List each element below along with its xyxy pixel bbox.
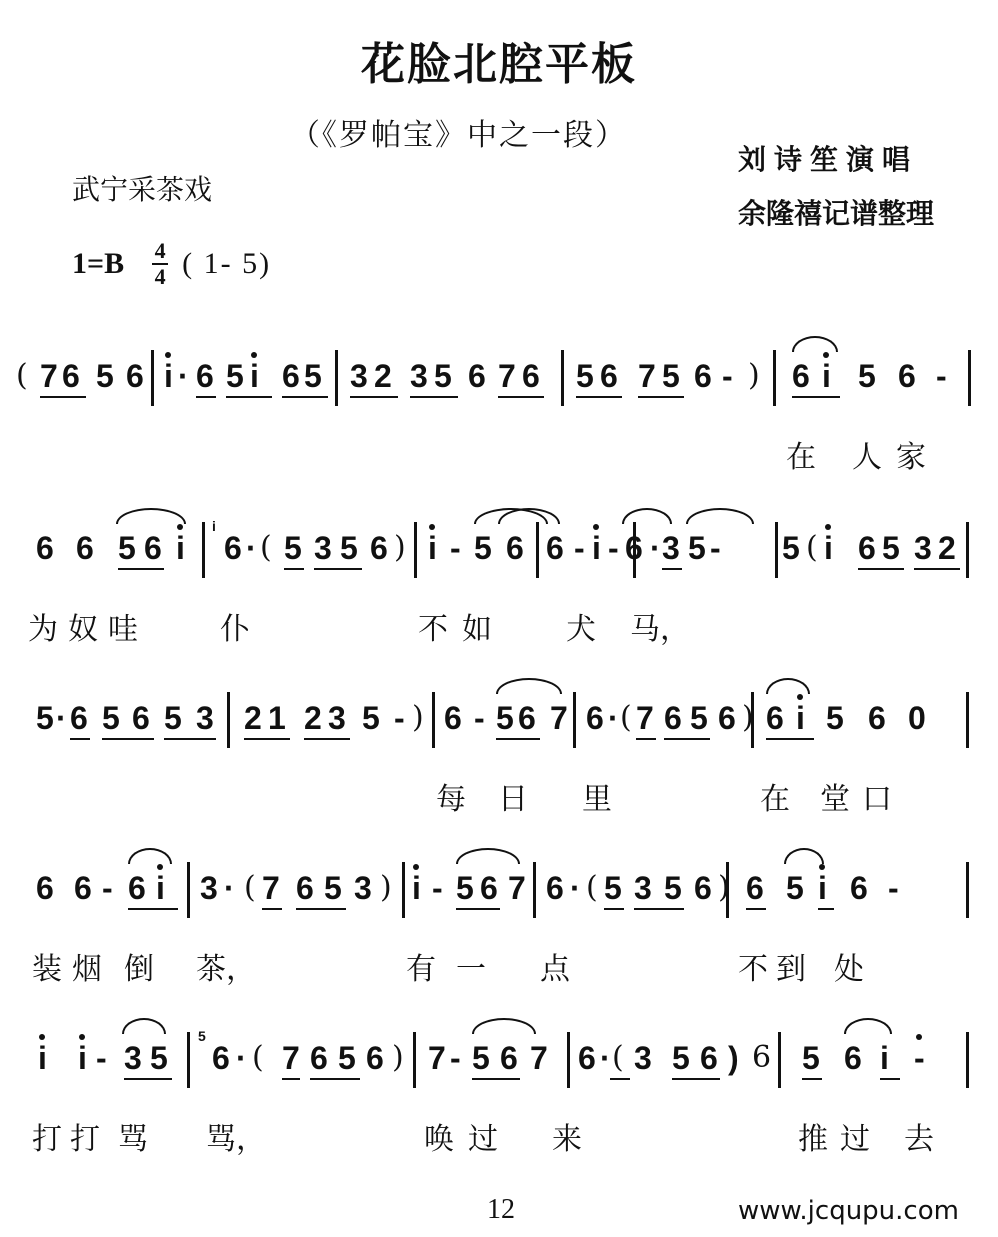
lyric: 人 bbox=[852, 432, 882, 476]
note: 6 bbox=[858, 530, 876, 566]
performer-credit: 刘诗笙演唱 bbox=[738, 138, 918, 178]
note: 5 bbox=[474, 530, 492, 566]
website-watermark: www.jcqupu.com bbox=[738, 1196, 959, 1226]
lyric: 茶， bbox=[196, 944, 256, 988]
note: 6 bbox=[586, 700, 604, 736]
lyric: 奴 bbox=[68, 604, 98, 648]
note: 6 bbox=[468, 358, 486, 394]
note: 5 bbox=[786, 870, 804, 906]
lyric: 点 bbox=[540, 944, 570, 988]
note: 6 bbox=[746, 870, 764, 906]
lyric: 过 bbox=[468, 1114, 498, 1158]
dash: - bbox=[936, 358, 947, 394]
song-subtitle: （《罗帕宝》中之一段） bbox=[290, 110, 627, 154]
note: 5 bbox=[362, 700, 380, 736]
lyric: 到 bbox=[776, 944, 806, 988]
note: 6 bbox=[36, 530, 54, 566]
note: 6 bbox=[76, 530, 94, 566]
paren-close: ) bbox=[748, 358, 760, 394]
paren-open: ( bbox=[586, 870, 598, 906]
note: 6 bbox=[282, 358, 300, 394]
barline bbox=[432, 692, 435, 748]
note: 6 bbox=[546, 870, 564, 906]
note: i bbox=[412, 870, 421, 906]
dot: · bbox=[246, 530, 257, 566]
dash: - bbox=[450, 530, 461, 566]
note: 6 bbox=[844, 1040, 862, 1076]
note: 3 bbox=[314, 530, 332, 566]
note: 7 bbox=[498, 358, 516, 394]
opera-genre: 武宁采茶戏 bbox=[72, 168, 212, 208]
slur bbox=[122, 1018, 166, 1034]
note: i bbox=[824, 530, 833, 566]
paren-close: ) bbox=[380, 870, 392, 906]
note: i bbox=[156, 870, 165, 906]
dot: · bbox=[178, 358, 189, 394]
note: 5 bbox=[96, 358, 114, 394]
key-label: 1=B bbox=[72, 247, 124, 281]
note: 5 bbox=[102, 700, 120, 736]
note: 6 bbox=[664, 700, 682, 736]
note: i bbox=[176, 530, 185, 566]
lyric: 口 bbox=[862, 774, 892, 818]
barline bbox=[966, 862, 969, 918]
note: 5 bbox=[324, 870, 342, 906]
note: 5 bbox=[664, 870, 682, 906]
lyric: 推 bbox=[798, 1114, 828, 1158]
note: 5 bbox=[882, 530, 900, 566]
paren-open: ( bbox=[252, 1040, 264, 1076]
lyric: 来 bbox=[552, 1114, 582, 1158]
note: 6 bbox=[36, 870, 54, 906]
note: 3 bbox=[200, 870, 218, 906]
note: 5 bbox=[304, 358, 322, 394]
note: 5 bbox=[802, 1040, 820, 1076]
note: 6 bbox=[128, 870, 146, 906]
grace-note: 5 bbox=[198, 1028, 206, 1044]
note: 3 bbox=[662, 530, 680, 566]
dot: · bbox=[56, 700, 67, 736]
page-number: 12 bbox=[487, 1194, 515, 1226]
note: 5 bbox=[226, 358, 244, 394]
note: 3 bbox=[914, 530, 932, 566]
lyric: 一 bbox=[456, 944, 486, 988]
dash: - bbox=[474, 700, 485, 736]
paren-open: ( bbox=[260, 530, 272, 566]
barline bbox=[414, 522, 417, 578]
lyric: 如 bbox=[462, 604, 492, 648]
dot: · bbox=[600, 1040, 611, 1076]
note: 2 bbox=[374, 358, 392, 394]
note: 6 bbox=[850, 870, 868, 906]
barline bbox=[778, 1032, 781, 1088]
score-line-5: i i - 3 5 5 6 · ( 7 6 5 6 ) 7 - 5 6 7 6 … bbox=[0, 1040, 998, 1180]
note: 6 bbox=[792, 358, 810, 394]
lyric: 为 bbox=[28, 604, 58, 648]
barline bbox=[966, 1032, 969, 1088]
note: 3 bbox=[634, 870, 652, 906]
arranger-credit: 余隆禧记谱整理 bbox=[738, 192, 934, 232]
dot: · bbox=[570, 870, 581, 906]
note: i bbox=[592, 530, 601, 566]
note: i bbox=[818, 870, 827, 906]
barline bbox=[151, 350, 154, 406]
note: 1 bbox=[268, 700, 286, 736]
note: 6 bbox=[868, 700, 886, 736]
note: 6 bbox=[444, 700, 462, 736]
note: 6 bbox=[766, 700, 784, 736]
barline bbox=[335, 350, 338, 406]
lyric: 烟 bbox=[72, 944, 102, 988]
time-signature: 4 4 bbox=[152, 240, 168, 288]
note: 6 bbox=[70, 700, 88, 736]
lyric: 去 bbox=[904, 1114, 934, 1158]
lyric: 处 bbox=[834, 944, 864, 988]
note: 5 bbox=[672, 1040, 690, 1076]
slur bbox=[496, 678, 562, 694]
note: 6 bbox=[196, 358, 214, 394]
barline bbox=[567, 1032, 570, 1088]
note: 6 bbox=[694, 358, 712, 394]
lyric: 在 bbox=[786, 432, 816, 476]
note: 6 bbox=[212, 1040, 230, 1076]
dot: · bbox=[236, 1040, 247, 1076]
note: i bbox=[796, 700, 805, 736]
slur bbox=[784, 848, 824, 864]
note: 6 bbox=[718, 700, 736, 736]
note: i bbox=[250, 358, 259, 394]
note: i bbox=[78, 1040, 87, 1076]
lyric: 仆 bbox=[220, 604, 250, 648]
note: 6 bbox=[578, 1040, 596, 1076]
barline bbox=[966, 692, 969, 748]
score-line-1: ( 7 6 5 6 i · 6 5 i 6 5 3 2 3 5 6 7 6 5 … bbox=[0, 358, 998, 498]
note: 6 bbox=[694, 870, 712, 906]
note: 5 bbox=[36, 700, 54, 736]
note: 5 bbox=[690, 700, 708, 736]
note: 5 bbox=[688, 530, 706, 566]
intro-phrase: ( 1- 5) bbox=[182, 247, 271, 281]
paren-close: ) bbox=[394, 530, 406, 566]
barline bbox=[402, 862, 405, 918]
song-title: 花脸北腔平板 bbox=[0, 28, 998, 92]
note: 6 bbox=[366, 1040, 384, 1076]
note: 5 bbox=[118, 530, 136, 566]
dash: - bbox=[394, 700, 405, 736]
note: ) bbox=[728, 1040, 739, 1076]
note: 5 bbox=[496, 700, 514, 736]
lyric: 在 bbox=[760, 774, 790, 818]
note: 5 bbox=[340, 530, 358, 566]
note: - bbox=[914, 1040, 925, 1076]
note: 5 bbox=[662, 358, 680, 394]
lyric: 堂 bbox=[820, 774, 850, 818]
note: 3 bbox=[328, 700, 346, 736]
slur bbox=[686, 508, 754, 524]
note: 3 bbox=[634, 1040, 652, 1076]
lyric: 日 bbox=[498, 774, 528, 818]
note: 5 bbox=[826, 700, 844, 736]
note: 2 bbox=[938, 530, 956, 566]
dash: - bbox=[450, 1040, 461, 1076]
note: 2 bbox=[244, 700, 262, 736]
note: i bbox=[428, 530, 437, 566]
note: 6 bbox=[600, 358, 618, 394]
note: 6 bbox=[62, 358, 80, 394]
barline bbox=[227, 692, 230, 748]
dash: - bbox=[722, 358, 733, 394]
note: 5 bbox=[164, 700, 182, 736]
barline bbox=[751, 692, 754, 748]
slur bbox=[622, 508, 672, 524]
dot: · bbox=[650, 530, 661, 566]
barline bbox=[968, 350, 971, 406]
barline bbox=[202, 522, 205, 578]
grace-note: i bbox=[212, 518, 216, 534]
paren-close: ) bbox=[412, 700, 424, 736]
lyric: 有 bbox=[406, 944, 436, 988]
note: 7 bbox=[638, 358, 656, 394]
lyric: 过 bbox=[840, 1114, 870, 1158]
note: 5 bbox=[782, 530, 800, 566]
barline bbox=[187, 862, 190, 918]
barline bbox=[775, 522, 778, 578]
dash: - bbox=[102, 870, 113, 906]
note: 5 bbox=[472, 1040, 490, 1076]
note: 7 bbox=[40, 358, 58, 394]
note: 5 bbox=[338, 1040, 356, 1076]
note: 6 bbox=[74, 870, 92, 906]
note: 3 bbox=[124, 1040, 142, 1076]
lyric: 每 bbox=[436, 774, 466, 818]
paren-close: 6 bbox=[752, 1040, 771, 1076]
note: 2 bbox=[304, 700, 322, 736]
note: 6 bbox=[522, 358, 540, 394]
paren-open: ( bbox=[620, 700, 632, 736]
note: 0 bbox=[908, 700, 926, 736]
score-line-2: 6 6 5 6 i i 6 · ( 5 3 5 6 ) i - 5 6 6 - … bbox=[0, 530, 998, 670]
barline bbox=[726, 862, 729, 918]
note: 5 bbox=[576, 358, 594, 394]
lyric: 不 bbox=[418, 604, 448, 648]
note: 3 bbox=[354, 870, 372, 906]
dash: - bbox=[432, 870, 443, 906]
paren-open: ( bbox=[16, 358, 28, 394]
slur bbox=[792, 336, 838, 352]
score-line-3: 5 · 6 5 6 5 3 2 1 2 3 5 - ) 6 - 5 6 7 6 … bbox=[0, 700, 998, 840]
barline bbox=[413, 1032, 416, 1088]
barline bbox=[966, 522, 969, 578]
note: 6 bbox=[500, 1040, 518, 1076]
note: 5 bbox=[456, 870, 474, 906]
note: 6 bbox=[898, 358, 916, 394]
note: 6 bbox=[310, 1040, 328, 1076]
note: 6 bbox=[126, 358, 144, 394]
note: 6 bbox=[546, 530, 564, 566]
note: 3 bbox=[410, 358, 428, 394]
barline bbox=[187, 1032, 190, 1088]
note: 5 bbox=[150, 1040, 168, 1076]
lyric: 打 bbox=[32, 1114, 62, 1158]
slur bbox=[128, 848, 172, 864]
note: i bbox=[164, 358, 173, 394]
note: 7 bbox=[550, 700, 568, 736]
note: 5 bbox=[858, 358, 876, 394]
paren-open: ( bbox=[806, 530, 818, 566]
lyric: 犬 bbox=[566, 604, 596, 648]
note: 5 bbox=[434, 358, 452, 394]
note: 6 bbox=[625, 530, 643, 566]
note: 6 bbox=[296, 870, 314, 906]
slur bbox=[116, 508, 186, 524]
barline bbox=[561, 350, 564, 406]
note: 7 bbox=[282, 1040, 300, 1076]
lyric: 打 bbox=[70, 1114, 100, 1158]
lyric: 里 bbox=[582, 774, 612, 818]
key-signature: 1=B 4 4 ( 1- 5) bbox=[72, 240, 271, 288]
note: 5 bbox=[604, 870, 622, 906]
dash: - bbox=[574, 530, 585, 566]
score-line-4: 6 6 - 6 i 3 · ( 7 6 5 3 ) i - 5 6 7 6 · … bbox=[0, 870, 998, 1010]
note: 7 bbox=[508, 870, 526, 906]
lyric: 装 bbox=[32, 944, 62, 988]
note: 6 bbox=[518, 700, 536, 736]
dash: - bbox=[96, 1040, 107, 1076]
barline bbox=[773, 350, 776, 406]
slur bbox=[472, 1018, 536, 1034]
note: 7 bbox=[428, 1040, 446, 1076]
barline bbox=[536, 522, 539, 578]
note: 6 bbox=[132, 700, 150, 736]
note: i bbox=[822, 358, 831, 394]
lyric: 骂， bbox=[206, 1114, 266, 1158]
lyric: 马， bbox=[630, 604, 690, 648]
dash: - bbox=[710, 530, 721, 566]
note: 6 bbox=[700, 1040, 718, 1076]
note: 6 bbox=[480, 870, 498, 906]
slur bbox=[844, 1018, 892, 1034]
lyric: 不 bbox=[738, 944, 768, 988]
paren-open: ( bbox=[244, 870, 256, 906]
note: 5 bbox=[284, 530, 302, 566]
note: 6 bbox=[224, 530, 242, 566]
lyric: 家 bbox=[896, 432, 926, 476]
note: 3 bbox=[350, 358, 368, 394]
paren-open: ( bbox=[612, 1040, 624, 1076]
note: 3 bbox=[196, 700, 214, 736]
lyric: 骂 bbox=[118, 1114, 148, 1158]
note: i bbox=[880, 1040, 889, 1076]
lyric: 哇 bbox=[108, 604, 138, 648]
note: 7 bbox=[262, 870, 280, 906]
slur bbox=[456, 848, 520, 864]
dot: · bbox=[608, 700, 619, 736]
slur bbox=[766, 678, 810, 694]
barline bbox=[573, 692, 576, 748]
note: 6 bbox=[144, 530, 162, 566]
note: 6 bbox=[506, 530, 524, 566]
dot: · bbox=[224, 870, 235, 906]
lyric: 唤 bbox=[424, 1114, 454, 1158]
note: 6 bbox=[370, 530, 388, 566]
note: 7 bbox=[636, 700, 654, 736]
paren-close: ) bbox=[392, 1040, 404, 1076]
lyric: 倒 bbox=[124, 944, 154, 988]
note: 7 bbox=[530, 1040, 548, 1076]
dash: - bbox=[888, 870, 899, 906]
barline bbox=[533, 862, 536, 918]
note: i bbox=[38, 1040, 47, 1076]
dash: - bbox=[608, 530, 619, 566]
